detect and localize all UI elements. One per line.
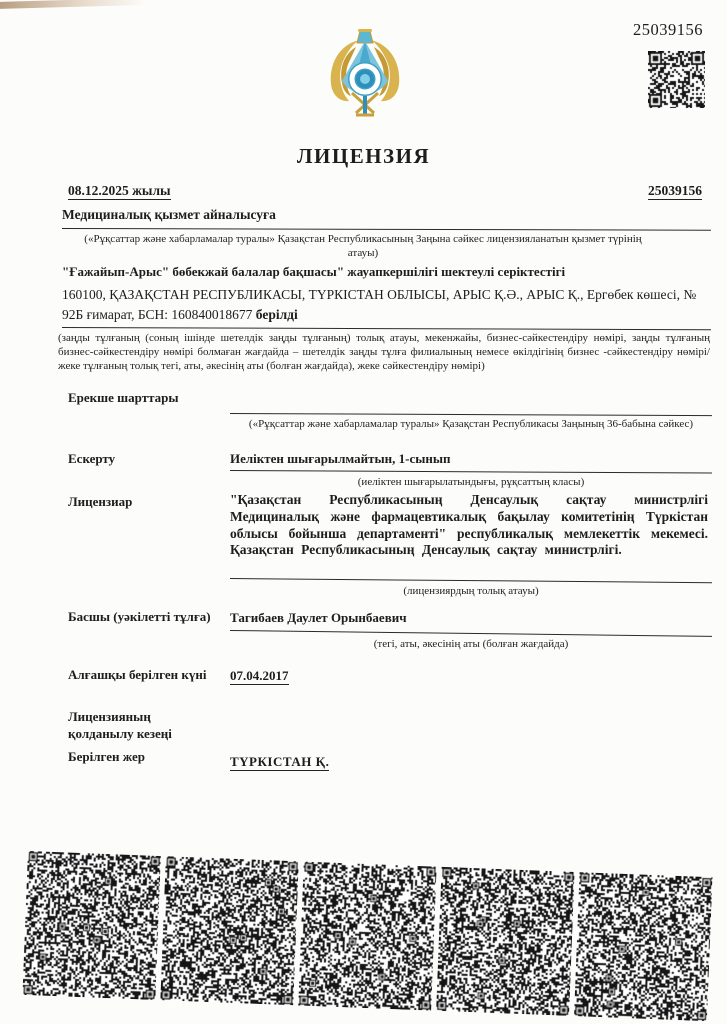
security-pattern-block	[22, 851, 160, 1000]
qr-code-icon	[648, 51, 705, 108]
licensor-value: "Қазақстан Республикасының Денсаулық сақ…	[230, 492, 708, 559]
document-title: ЛИЦЕНЗИЯ	[0, 144, 727, 169]
licensee-name: "Ғажайып-Арыс" бөбекжай балалар бақшасы"…	[62, 264, 565, 280]
kazakhstan-emblem-icon	[322, 27, 408, 119]
field-label-place: Берілген жер	[68, 749, 145, 765]
head-value: Тагибаев Даулет Орынбаевич	[230, 610, 407, 626]
field-label-first-issue: Алғашқы берілген күні	[68, 667, 207, 683]
special-conditions-caption: («Рұқсаттар және хабарламалар туралы» Қа…	[236, 417, 706, 431]
license-document-page: { "page": { "background": "#fcfcfa", "in…	[0, 0, 727, 1024]
divider-line	[230, 470, 712, 474]
serial-number-top: 25039156	[633, 20, 703, 40]
security-pattern-block	[436, 867, 574, 1016]
security-pattern-block	[574, 872, 712, 1021]
divider-line	[62, 327, 711, 330]
first-issue-date: 07.04.2017	[230, 668, 289, 685]
security-pattern-strip	[22, 851, 712, 1021]
note-value: Иеліктен шығарылмайтын, 1-сынып	[230, 451, 451, 467]
activity-name: Медициналық қызмет айналысуға	[62, 207, 276, 223]
field-label-licensor: Лицензиар	[68, 494, 132, 510]
licensee-caption: (заңды тұлғаның (соның ішінде шетелдік з…	[58, 331, 710, 374]
security-pattern-block	[298, 862, 436, 1011]
head-caption: (тегі, аты, әкесінің аты (болған жағдайд…	[230, 637, 712, 651]
divider-line	[62, 228, 711, 231]
divider-line	[230, 630, 712, 637]
licensee-address: 160100, ҚАЗАҚСТАН РЕСПУБЛИКАСЫ, ТҮРКІСТА…	[62, 285, 714, 325]
place-value: ТҮРКІСТАН Қ.	[230, 754, 329, 771]
field-label-head: Басшы (уәкілетті тұлға)	[68, 609, 211, 625]
field-label-note: Ескерту	[68, 451, 115, 467]
issued-word: берілді	[256, 307, 298, 322]
field-label-validity: Лицензияның қолданылу кезеңі	[68, 708, 193, 742]
licensor-caption: (лицензиярдың толық атауы)	[230, 584, 712, 598]
activity-caption: («Рұқсаттар және хабарламалар туралы» Қа…	[73, 232, 653, 260]
issue-date: 08.12.2025 жылы	[68, 183, 171, 200]
note-caption: (иеліктен шығарылатындығы, рұқсаттың кла…	[230, 475, 712, 489]
scan-edge-artifact	[0, 0, 146, 9]
license-number: 25039156	[648, 183, 702, 200]
divider-line	[230, 413, 712, 416]
divider-line	[230, 578, 712, 583]
field-label-special-conditions: Ерекше шарттары	[68, 390, 179, 406]
security-pattern-block	[160, 856, 298, 1005]
